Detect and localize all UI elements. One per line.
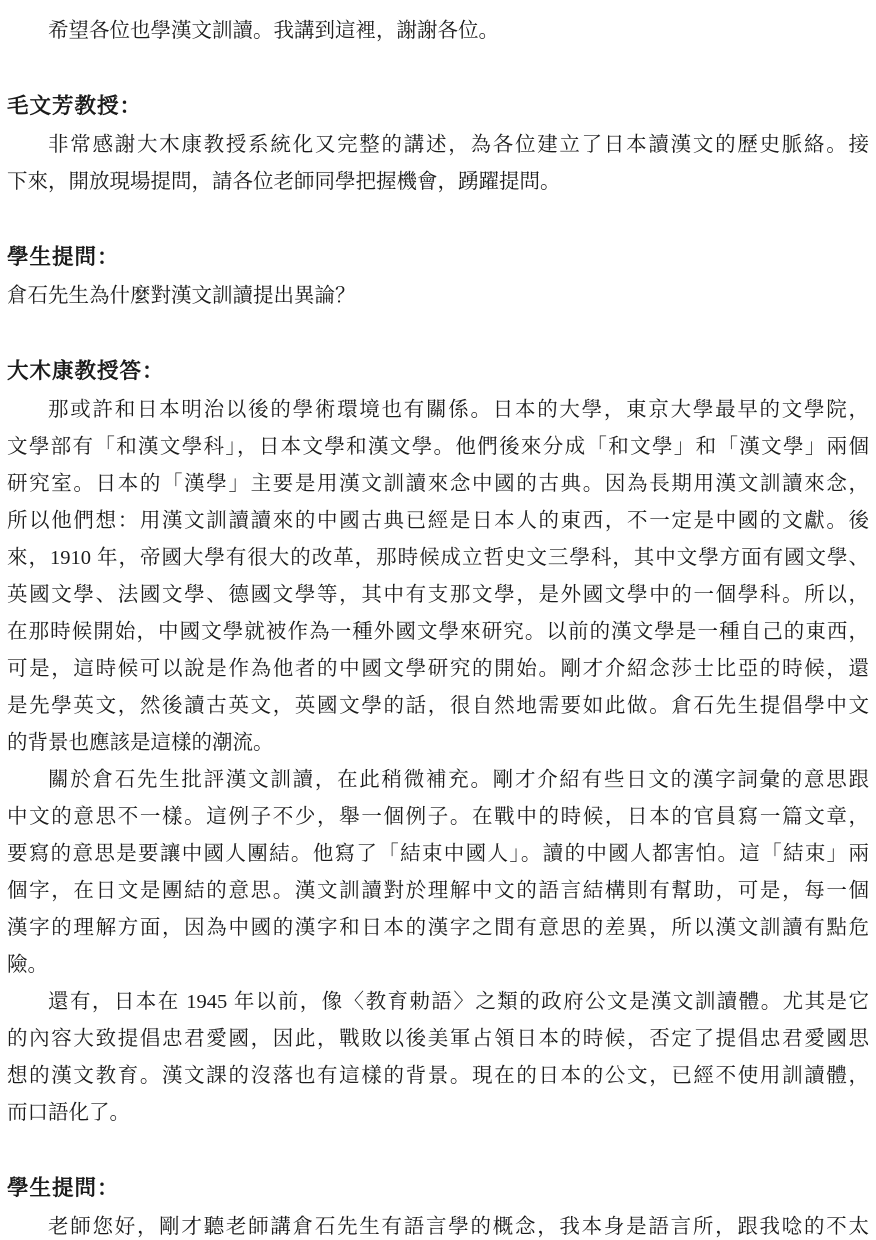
text-line: 研究室。日本的「漢學」主要是用漢文訓讀來念中國的古典。因為長期用漢文訓讀來念， xyxy=(7,466,869,503)
text-line: 下來，開放現場提問，請各位老師同學把握機會，踴躍提問。 xyxy=(7,164,869,201)
text-line: 個字，在日文是團結的意思。漢文訓讀對於理解中文的語言結構則有幫助，可是，每一個 xyxy=(7,873,869,910)
text-line: 的背景也應該是這樣的潮流。 xyxy=(7,725,869,762)
text-line: 英國文學、法國文學、德國文學等，其中有支那文學，是外國文學中的一個學科。所以， xyxy=(7,577,869,614)
text-line: 漢字的理解方面，因為中國的漢字和日本的漢字之間有意思的差異，所以漢文訓讀有點危 xyxy=(7,910,869,947)
text-line: 非常感謝大木康教授系統化又完整的講述，為各位建立了日本讀漢文的歷史脈絡。接 xyxy=(7,127,869,164)
text-line: 所以他們想：用漢文訓讀讀來的中國古典已經是日本人的東西，不一定是中國的文獻。後 xyxy=(7,503,869,540)
paragraph: 倉石先生為什麼對漢文訓讀提出異論？ xyxy=(7,278,869,315)
paragraph: 非常感謝大木康教授系統化又完整的講述，為各位建立了日本讀漢文的歷史脈絡。接下來，… xyxy=(7,127,869,201)
text-line: 可是，這時候可以說是作為他者的中國文學研究的開始。剛才介紹念莎士比亞的時候，還 xyxy=(7,651,869,688)
text-line: 的內容大致提倡忠君愛國，因此，戰敗以後美軍占領日本的時候，否定了提倡忠君愛國思 xyxy=(7,1021,869,1058)
paragraph: 關於倉石先生批評漢文訓讀，在此稍微補充。剛才介紹有些日文的漢字詞彙的意思跟中文的… xyxy=(7,762,869,984)
text-line: 老師您好，剛才聽老師講倉石先生有語言學的概念，我本身是語言所，跟我唸的不太 xyxy=(7,1209,869,1240)
speaker-heading: 學生提問： xyxy=(7,239,869,276)
paragraph: 那或許和日本明治以後的學術環境也有關係。日本的大學，東京大學最早的文學院，文學部… xyxy=(7,392,869,762)
speaker-heading: 毛文芳教授： xyxy=(7,88,869,125)
text-line: 文學部有「和漢文學科」，日本文學和漢文學。他們後來分成「和文學」和「漢文學」兩個 xyxy=(7,429,869,466)
text-line: 想的漢文教育。漢文課的沒落也有這樣的背景。現在的日本的公文，已經不使用訓讀體， xyxy=(7,1058,869,1095)
paragraph: 希望各位也學漢文訓讀。我講到這裡，謝謝各位。 xyxy=(7,13,869,50)
paragraph: 老師您好，剛才聽老師講倉石先生有語言學的概念，我本身是語言所，跟我唸的不太 xyxy=(7,1209,869,1240)
text-line: 是先學英文，然後讀古英文，英國文學的話，很自然地需要如此做。倉石先生提倡學中文 xyxy=(7,688,869,725)
speaker-heading: 學生提問： xyxy=(7,1170,869,1207)
text-line: 來，1910 年，帝國大學有很大的改革，那時候成立哲史文三學科，其中文學方面有國… xyxy=(7,540,869,577)
text-line: 中文的意思不一樣。這例子不少，舉一個例子。在戰中的時候，日本的官員寫一篇文章， xyxy=(7,799,869,836)
text-line: 還有，日本在 1945 年以前，像〈教育勅語〉之類的政府公文是漢文訓讀體。尤其是… xyxy=(7,984,869,1021)
text-line: 險。 xyxy=(7,947,869,984)
paragraph: 還有，日本在 1945 年以前，像〈教育勅語〉之類的政府公文是漢文訓讀體。尤其是… xyxy=(7,984,869,1132)
document-page: 希望各位也學漢文訓讀。我講到這裡，謝謝各位。毛文芳教授：非常感謝大木康教授系統化… xyxy=(0,0,876,1240)
text-line: 那或許和日本明治以後的學術環境也有關係。日本的大學，東京大學最早的文學院， xyxy=(7,392,869,429)
text-line: 關於倉石先生批評漢文訓讀，在此稍微補充。剛才介紹有些日文的漢字詞彙的意思跟 xyxy=(7,762,869,799)
text-line: 希望各位也學漢文訓讀。我講到這裡，謝謝各位。 xyxy=(7,13,869,50)
text-line: 要寫的意思是要讓中國人團結。他寫了「結束中國人」。讀的中國人都害怕。這「結束」兩 xyxy=(7,836,869,873)
text-line: 倉石先生為什麼對漢文訓讀提出異論？ xyxy=(7,278,869,315)
speaker-heading: 大木康教授答： xyxy=(7,353,869,390)
text-line: 在那時候開始，中國文學就被作為一種外國文學來研究。以前的漢文學是一種自己的東西， xyxy=(7,614,869,651)
text-line: 而口語化了。 xyxy=(7,1095,869,1132)
